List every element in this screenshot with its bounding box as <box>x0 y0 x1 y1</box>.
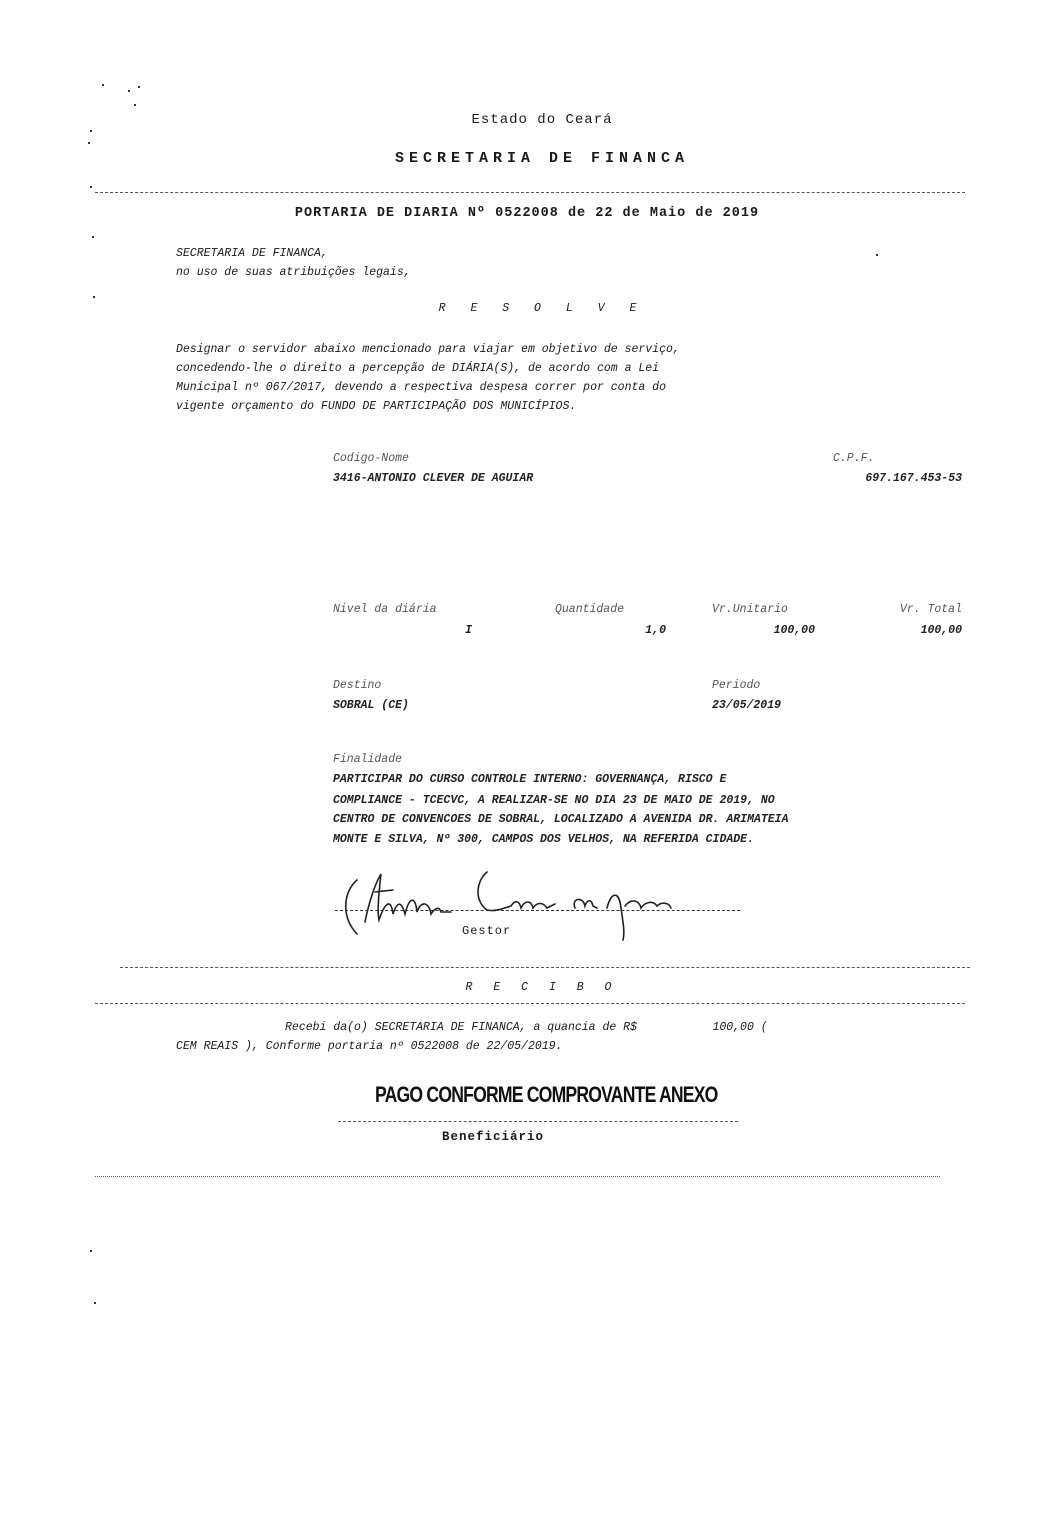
preamble-line-1: SECRETARIA DE FINANCA, <box>176 244 328 263</box>
finalidade-label: Finalidade <box>333 753 402 766</box>
scan-speck <box>93 296 95 298</box>
state-heading: Estado do Ceará <box>0 112 1054 128</box>
recibo-line-1: Recebi da(o) SECRETARIA DE FINANCA, a qu… <box>285 1018 768 1037</box>
periodo-value: 23/05/2019 <box>712 699 781 712</box>
beneficiary-signature-line <box>338 1121 738 1122</box>
finalidade-line: MONTE E SILVA, Nº 300, CAMPOS DOS VELHOS… <box>333 833 754 846</box>
finalidade-line: CENTRO DE CONVENCOES DE SOBRAL, LOCALIZA… <box>333 813 788 826</box>
quantidade-label: Quantidade <box>555 603 624 616</box>
scan-speck <box>90 1250 92 1252</box>
scan-speck <box>134 104 136 106</box>
handwritten-signature <box>335 862 695 942</box>
scan-speck <box>102 84 104 86</box>
divider-recibo-bottom <box>95 1003 965 1004</box>
vr-unitario-value: 100,00 <box>700 624 815 637</box>
beneficiary-label: Beneficiário <box>442 1130 544 1144</box>
resolution-line: vigente orçamento do FUNDO DE PARTICIPAÇ… <box>176 397 576 416</box>
scan-speck <box>90 186 92 188</box>
quantidade-value: 1,0 <box>560 624 666 637</box>
preamble-line-2: no uso de suas atribuições legais, <box>176 263 411 282</box>
signature-role-label: Gestor <box>462 924 511 938</box>
recibo-line-2: CEM REAIS ), Conforme portaria nº 052200… <box>176 1037 562 1056</box>
divider-bottom <box>95 1176 940 1177</box>
nivel-value: I <box>380 624 472 637</box>
finalidade-line: COMPLIANCE - TCECVC, A REALIZAR-SE NO DI… <box>333 794 775 807</box>
recibo-amount: 100,00 <box>644 1018 754 1037</box>
portaria-title: PORTARIA DE DIARIA Nº 0522008 de 22 de M… <box>0 206 1054 221</box>
recibo-text-prefix: Recebi da(o) SECRETARIA DE FINANCA, a qu… <box>285 1021 637 1034</box>
code-name-value: 3416-ANTONIO CLEVER DE AGUIAR <box>333 472 533 485</box>
vr-total-label: Vr. Total <box>840 603 962 616</box>
destino-label: Destino <box>333 679 381 692</box>
cpf-value: 697.167.453-53 <box>780 472 962 485</box>
scan-speck <box>138 86 140 88</box>
resolution-line: Designar o servidor abaixo mencionado pa… <box>176 340 680 359</box>
destino-value: SOBRAL (CE) <box>333 699 409 712</box>
nivel-label: Nivel da diária <box>333 603 437 616</box>
scan-speck <box>128 90 130 92</box>
recibo-heading: R E C I B O <box>0 981 1054 994</box>
resolution-line: concedendo-lhe o direito a percepção de … <box>176 359 659 378</box>
recibo-paren: ( <box>761 1021 768 1034</box>
resolve-heading: R E S O L V E <box>0 302 1054 315</box>
signature-line <box>335 910 740 911</box>
department-heading: SECRETARIA DE FINANCA <box>0 150 1054 167</box>
periodo-label: Periodo <box>712 679 760 692</box>
scan-speck <box>92 236 94 238</box>
code-name-label: Codigo-Nome <box>333 452 409 465</box>
scan-speck <box>88 142 90 144</box>
scan-speck <box>90 130 92 132</box>
vr-unitario-label: Vr.Unitario <box>712 603 788 616</box>
cpf-label: C.P.F. <box>833 452 933 465</box>
resolution-line: Municipal nº 067/2017, devendo a respect… <box>176 378 666 397</box>
paid-stamp: PAGO CONFORME COMPROVANTE ANEXO <box>375 1082 718 1108</box>
divider-top <box>95 192 965 193</box>
scan-speck <box>876 254 878 256</box>
divider-recibo-top <box>120 967 970 968</box>
vr-total-value: 100,00 <box>840 624 962 637</box>
finalidade-line: PARTICIPAR DO CURSO CONTROLE INTERNO: GO… <box>333 773 726 786</box>
scan-speck <box>94 1302 96 1304</box>
